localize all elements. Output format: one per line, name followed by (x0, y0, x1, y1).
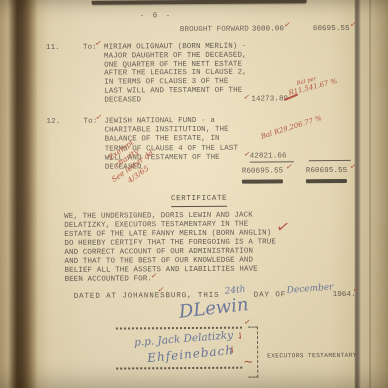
blank-amount-line (309, 160, 351, 161)
brought-forward-amount-1: 3600.00 (252, 25, 284, 34)
item-11-body: MIRIAM OLIGNAUT (BORN MERLIN) - MAJOR DA… (104, 43, 247, 106)
red-tick-icon: ✓ (349, 20, 357, 29)
signature-dotted-line (116, 367, 242, 370)
item-11-amount: 14273.89 (251, 95, 288, 104)
red-tick-icon: ✓ (275, 218, 291, 236)
page-number: - 6 - (140, 12, 173, 21)
red-tick-icon: ✓ (157, 286, 165, 295)
top-rule-cutoff (92, 0, 307, 4)
total-double-rule (242, 179, 283, 183)
dashed-bracket (248, 327, 258, 378)
red-tick-icon: ✓ (283, 21, 291, 30)
total-column-2: R60695.55 (306, 167, 347, 176)
red-tick-icon: ✓ (243, 93, 251, 102)
red-tick-icon: ✓ (94, 39, 102, 48)
scanned-document-photo: - 6 - BROUGHT FORWARD 3600.00 ✓ 60695.55… (0, 0, 388, 388)
item-11-number: 11. (46, 44, 60, 53)
total-double-rule (306, 179, 347, 183)
red-tick-icon: ✓ (150, 272, 158, 281)
red-tick-icon: ✓ (95, 113, 103, 122)
red-arrow-mark: ✓ (235, 331, 247, 343)
certificate-body: WE, THE UNDERSIGNED, DORIS LEWIN AND JAC… (64, 211, 276, 284)
total-column-1: R60695.55 (242, 167, 283, 176)
brought-forward-amount-2: 60695.55 (313, 25, 350, 34)
dated-middle: DAY OF (254, 291, 286, 300)
item-11-red-annotation: Bal per R11,541.67 % (286, 71, 338, 97)
brought-forward-label: BROUGHT FORWARD (180, 26, 249, 35)
page-content: - 6 - BROUGHT FORWARD 3600.00 ✓ 60695.55… (0, 0, 388, 388)
handwritten-month: December (286, 282, 333, 296)
executors-testamentary-label: EXECUTORS TESTAMENTARY (267, 351, 357, 361)
red-tick-icon: ✓ (352, 285, 360, 294)
certificate-heading: CERTIFICATE (171, 195, 227, 207)
item-12-red-annotation: Bal R29,206.77 % (260, 114, 323, 141)
red-tick-icon: ✓ (349, 162, 357, 171)
red-tick-icon: ✓ (285, 163, 293, 172)
item-12-number: 12. (46, 118, 60, 127)
